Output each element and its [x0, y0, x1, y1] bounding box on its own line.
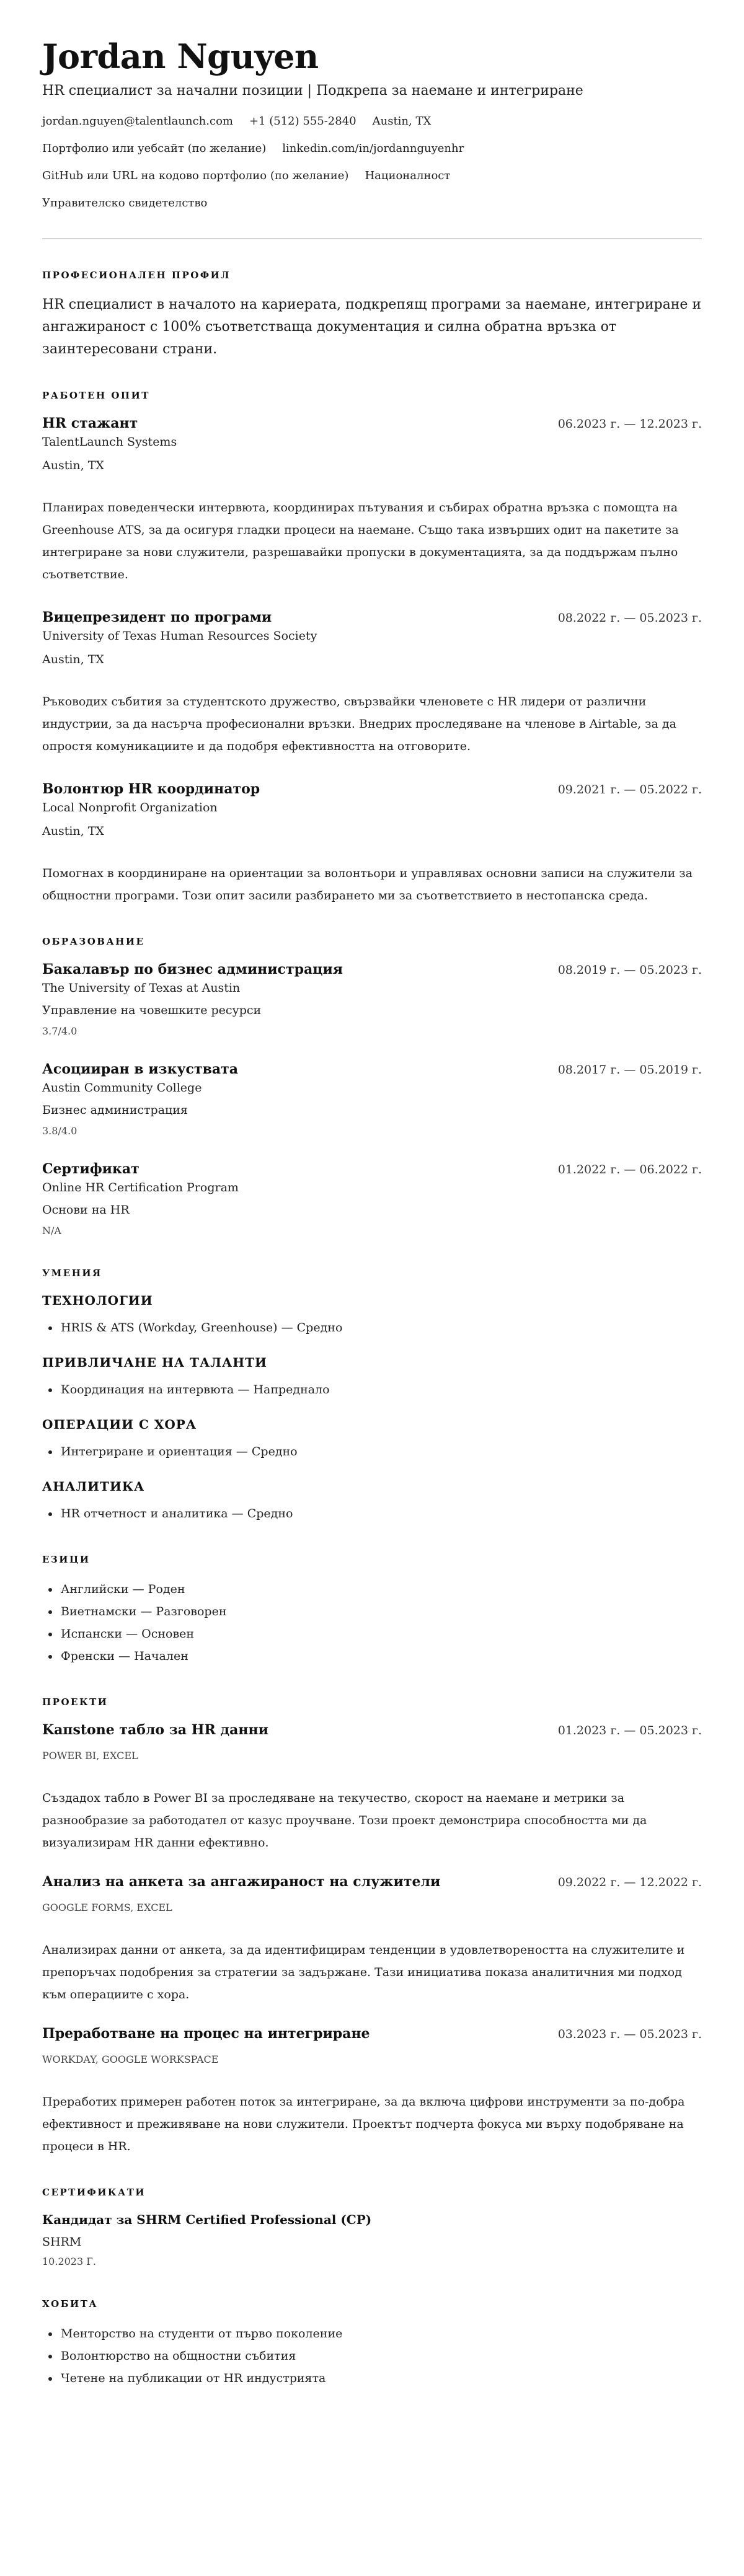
entry-header: Бакалавър по бизнес администрация08.2019…: [42, 960, 702, 979]
experience-section: Работен опит HR стажант06.2023 г. — 12.2…: [42, 389, 702, 907]
project-entry: Анализ на анкета за ангажираност на служ…: [42, 1872, 702, 2006]
project-description: Преработих примерен работен поток за инт…: [42, 2091, 702, 2158]
section-title-languages: Езици: [42, 1553, 702, 1566]
certifications-list: Кандидат за SHRM Certified Professional …: [42, 2211, 702, 2269]
contact-row: Портфолио или уебсайт (по желание)linked…: [42, 141, 702, 156]
contact-link[interactable]: jordan.nguyen@talentlaunch.com: [42, 115, 233, 128]
skill-items: HRIS & ATS (Workday, Greenhouse) — Средн…: [42, 1317, 702, 1339]
hobbies-list: Менторство на студенти от първо поколени…: [42, 2322, 702, 2389]
contact-info: jordan.nguyen@talentlaunch.com+1 (512) 5…: [42, 114, 702, 211]
language-item: Испански — Основен: [60, 1623, 702, 1645]
contact-item: Austin, TX: [373, 115, 432, 128]
project-name: Преработване на процес на интегриране: [42, 2024, 370, 2043]
job-description: Ръководих събития за студентското дружес…: [42, 690, 702, 757]
education-list: Бакалавър по бизнес администрация08.2019…: [42, 960, 702, 1238]
skills-list: ТЕХНОЛОГИИHRIS & ATS (Workday, Greenhous…: [42, 1292, 702, 1525]
date-range: 08.2019 г. — 05.2023 г.: [558, 961, 702, 979]
skill-group: АНАЛИТИКАHR отчетност и аналитика — Сред…: [42, 1478, 702, 1525]
location: Austin, TX: [42, 651, 702, 668]
entry-header: Вицепрезидент по програми08.2022 г. — 05…: [42, 608, 702, 627]
location: Austin, TX: [42, 457, 702, 474]
contact-row: GitHub или URL на кодово портфолио (по ж…: [42, 169, 702, 183]
experience-entry: Вицепрезидент по програми08.2022 г. — 05…: [42, 608, 702, 757]
language-item: Виетнамски — Разговорен: [60, 1600, 702, 1623]
skill-item: Интегриране и ориентация — Средно: [60, 1440, 702, 1463]
skill-group: ОПЕРАЦИИ С ХОРАИнтегриране и ориентация …: [42, 1416, 702, 1463]
contact-item: Управителско свидетелство: [42, 196, 207, 210]
certification-entry: Кандидат за SHRM Certified Professional …: [42, 2211, 702, 2269]
section-title-certifications: Сертификати: [42, 2186, 702, 2199]
date-range: 08.2022 г. — 05.2023 г.: [558, 609, 702, 627]
education-entry: Сертификат01.2022 г. — 06.2022 г.Online …: [42, 1160, 702, 1238]
languages-section: Езици Английски — РоденВиетнамски — Разг…: [42, 1553, 702, 1667]
contact-link[interactable]: +1 (512) 555-2840: [249, 115, 356, 128]
date-range: 01.2022 г. — 06.2022 г.: [558, 1160, 702, 1179]
education-entry: Бакалавър по бизнес администрация08.2019…: [42, 960, 702, 1039]
job-description: Помогнах в координиране на ориентации за…: [42, 862, 702, 907]
date-range: 09.2021 г. — 05.2022 г.: [558, 780, 702, 799]
resume-page: Jordan Nguyen HR специалист за начални п…: [0, 0, 744, 2455]
date-range: 09.2022 г. — 12.2022 г.: [558, 1873, 702, 1892]
experience-list: HR стажант06.2023 г. — 12.2023 г.TalentL…: [42, 414, 702, 907]
contact-row: jordan.nguyen@talentlaunch.com+1 (512) 5…: [42, 114, 702, 129]
project-description: Анализирах данни от анкета, за да иденти…: [42, 1939, 702, 2006]
skill-category: АНАЛИТИКА: [42, 1478, 702, 1495]
location: Austin, TX: [42, 823, 702, 840]
degree-title: Бакалавър по бизнес администрация: [42, 960, 343, 979]
certification-date: 10.2023 г.: [42, 2254, 702, 2269]
gpa: 3.7/4.0: [42, 1024, 702, 1039]
gpa: N/A: [42, 1224, 702, 1238]
project-name: Анализ на анкета за ангажираност на служ…: [42, 1872, 440, 1891]
contact-item: Националност: [365, 169, 450, 182]
field-of-study: Основи на HR: [42, 1201, 702, 1219]
skill-item: HRIS & ATS (Workday, Greenhouse) — Средн…: [60, 1317, 702, 1339]
project-name: Kaпstone табло за HR данни: [42, 1721, 268, 1739]
project-description: Създадох табло в Power BI за проследяван…: [42, 1787, 702, 1854]
skill-category: ОПЕРАЦИИ С ХОРА: [42, 1416, 702, 1433]
school-name: Austin Community College: [42, 1079, 702, 1096]
job-title: Вицепрезидент по програми: [42, 608, 272, 627]
section-title-education: Образование: [42, 935, 702, 948]
project-entry: Преработване на процес на интегриране03.…: [42, 2024, 702, 2158]
skill-items: Координация на интервюта — Напреднало: [42, 1378, 702, 1401]
project-technologies: Workday, Google Workspace: [42, 2052, 702, 2067]
skill-group: ПРИВЛИЧАНЕ НА ТАЛАНТИКоординация на инте…: [42, 1354, 702, 1401]
job-description: Планирах поведенчески интервюта, координ…: [42, 496, 702, 586]
skill-category: ТЕХНОЛОГИИ: [42, 1292, 702, 1309]
hobbies-section: Хобита Менторство на студенти от първо п…: [42, 2298, 702, 2389]
project-entry: Kaпstone табло за HR данни01.2023 г. — 0…: [42, 1721, 702, 1854]
entry-header: Преработване на процес на интегриране03.…: [42, 2024, 702, 2044]
school-name: Online HR Certification Program: [42, 1179, 702, 1196]
candidate-name: Jordan Nguyen: [42, 36, 702, 77]
certification-name: Кандидат за SHRM Certified Professional …: [42, 2211, 702, 2228]
language-item: Френски — Начален: [60, 1645, 702, 1667]
resume-header: Jordan Nguyen HR специалист за начални п…: [42, 36, 702, 211]
certification-issuer: SHRM: [42, 2233, 702, 2251]
section-title-hobbies: Хобита: [42, 2298, 702, 2310]
education-section: Образование Бакалавър по бизнес админист…: [42, 935, 702, 1238]
hobby-item: Волонтюрство на общностни събития: [60, 2345, 702, 2367]
language-item: Английски — Роден: [60, 1578, 702, 1600]
date-range: 08.2017 г. — 05.2019 г.: [558, 1061, 702, 1079]
section-title-summary: Професионален профил: [42, 269, 702, 281]
summary-text: HR специалист в началото на кариерата, п…: [42, 294, 702, 361]
date-range: 01.2023 г. — 05.2023 г.: [558, 1721, 702, 1740]
organization: TalentLaunch Systems: [42, 433, 702, 451]
field-of-study: Бизнес администрация: [42, 1101, 702, 1119]
section-title-skills: Умения: [42, 1267, 702, 1279]
projects-section: Проекти Kaпstone табло за HR данни01.202…: [42, 1696, 702, 2158]
organization: University of Texas Human Resources Soci…: [42, 627, 702, 645]
skill-category: ПРИВЛИЧАНЕ НА ТАЛАНТИ: [42, 1354, 702, 1371]
certifications-section: Сертификати Кандидат за SHRM Certified P…: [42, 2186, 702, 2269]
entry-header: Асоцииран в изкуствата08.2017 г. — 05.20…: [42, 1060, 702, 1079]
entry-header: Сертификат01.2022 г. — 06.2022 г.: [42, 1160, 702, 1179]
entry-header: Анализ на анкета за ангажираност на служ…: [42, 1872, 702, 1892]
date-range: 06.2023 г. — 12.2023 г.: [558, 415, 702, 433]
hobby-item: Менторство на студенти от първо поколени…: [60, 2322, 702, 2345]
gpa: 3.8/4.0: [42, 1124, 702, 1139]
job-title: HR стажант: [42, 414, 138, 433]
skill-group: ТЕХНОЛОГИИHRIS & ATS (Workday, Greenhous…: [42, 1292, 702, 1339]
projects-list: Kaпstone табло за HR данни01.2023 г. — 0…: [42, 1721, 702, 2158]
skills-section: Умения ТЕХНОЛОГИИHRIS & ATS (Workday, Gr…: [42, 1267, 702, 1525]
school-name: The University of Texas at Austin: [42, 979, 702, 997]
field-of-study: Управление на човешките ресурси: [42, 1002, 702, 1019]
degree-title: Сертификат: [42, 1160, 139, 1178]
entry-header: Kaпstone табло за HR данни01.2023 г. — 0…: [42, 1721, 702, 1740]
job-title: Волонтюр HR координатор: [42, 780, 260, 798]
project-technologies: Power BI, Excel: [42, 1749, 702, 1763]
header-divider: [42, 238, 702, 239]
candidate-headline: HR специалист за начални позиции | Подкр…: [42, 82, 702, 100]
summary-section: Професионален профил HR специалист в нач…: [42, 269, 702, 361]
education-entry: Асоцииран в изкуствата08.2017 г. — 05.20…: [42, 1060, 702, 1139]
experience-entry: Волонтюр HR координатор09.2021 г. — 05.2…: [42, 780, 702, 907]
degree-title: Асоцииран в изкуствата: [42, 1060, 238, 1078]
section-title-experience: Работен опит: [42, 389, 702, 402]
entry-header: HR стажант06.2023 г. — 12.2023 г.: [42, 414, 702, 433]
skill-item: Координация на интервюта — Напреднало: [60, 1378, 702, 1401]
entry-header: Волонтюр HR координатор09.2021 г. — 05.2…: [42, 780, 702, 799]
skill-items: Интегриране и ориентация — Средно: [42, 1440, 702, 1463]
skill-items: HR отчетност и аналитика — Средно: [42, 1502, 702, 1525]
skill-item: HR отчетност и аналитика — Средно: [60, 1502, 702, 1525]
contact-item: Портфолио или уебсайт (по желание): [42, 142, 266, 155]
contact-row: Управителско свидетелство: [42, 196, 702, 211]
project-technologies: Google Forms, Excel: [42, 1900, 702, 1915]
section-title-projects: Проекти: [42, 1696, 702, 1708]
date-range: 03.2023 г. — 05.2023 г.: [558, 2025, 702, 2044]
hobby-item: Четене на публикации от HR индустрията: [60, 2367, 702, 2389]
contact-item: GitHub или URL на кодово портфолио (по ж…: [42, 169, 348, 182]
languages-list: Английски — РоденВиетнамски — Разговорен…: [42, 1578, 702, 1667]
organization: Local Nonprofit Organization: [42, 799, 702, 816]
experience-entry: HR стажант06.2023 г. — 12.2023 г.TalentL…: [42, 414, 702, 586]
contact-link[interactable]: linkedin.com/in/jordannguyenhr: [282, 142, 464, 155]
